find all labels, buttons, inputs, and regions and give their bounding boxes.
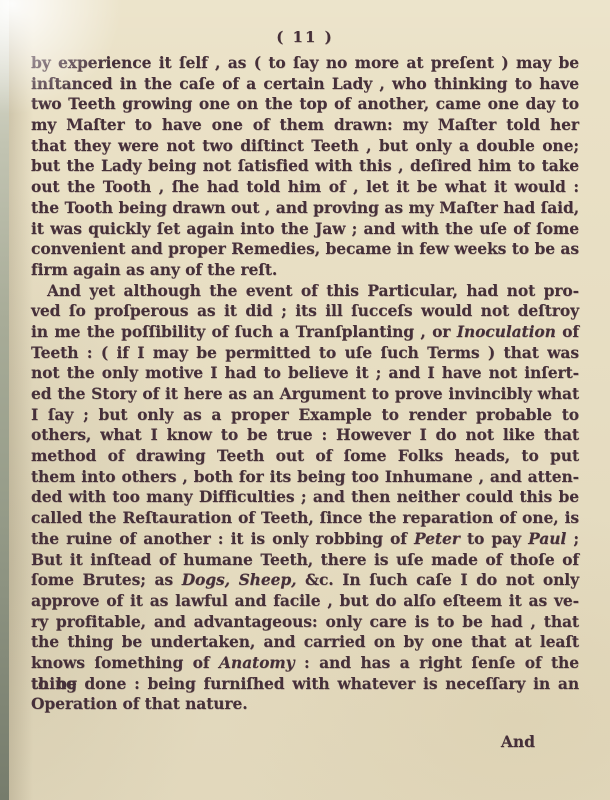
book-page-scan: ( 11 ) by experience it ſelf , as ( to ſ…: [0, 0, 610, 800]
text-line: And yet although the event of this Parti…: [31, 281, 579, 302]
catchword-row: And: [31, 732, 579, 751]
text-line: in me the poſſibility of ſuch a Tranſpla…: [31, 322, 579, 343]
text-line: two Teeth growing one on the top of anot…: [31, 94, 579, 115]
text-segment: approve of it as lawful and facile , but…: [31, 591, 579, 610]
text-line: my Maſter to have one of them drawn: my …: [31, 115, 579, 136]
text-line: method of drawing Teeth out of ſome Folk…: [31, 446, 579, 467]
text-segment: to pay: [460, 529, 528, 548]
text-segment: ;: [566, 529, 579, 548]
text-line: knows ſomething of Anatomy : and has a r…: [31, 653, 579, 674]
text-segment: the thing be undertaken, and carried on …: [31, 632, 579, 651]
text-segment: ry profitable, and advantageous: only ca…: [31, 612, 579, 631]
text-segment: convenient and proper Remedies, became i…: [31, 239, 579, 258]
text-segment: But it inſtead of humane Teeth, there is…: [31, 550, 579, 569]
paragraph: And yet although the event of this Parti…: [31, 281, 579, 715]
text-segment: ved ſo proſperous as it did ; its ill ſu…: [31, 301, 579, 320]
text-line: convenient and proper Remedies, became i…: [31, 239, 579, 260]
italic-text: Dogs, Sheep,: [182, 570, 297, 589]
text-line: inſtanced in the caſe of a certain Lady …: [31, 74, 579, 95]
paragraph: by experience it ſelf , as ( to ſay no m…: [31, 53, 579, 281]
text-line: ded with too many Difficulties ; and the…: [31, 487, 579, 508]
text-segment: my Maſter to have one of them drawn: my …: [31, 115, 579, 134]
text-segment: &c. In ſuch caſe I do not only: [296, 570, 579, 589]
text-segment: it was quickly ſet again into the Jaw ; …: [31, 219, 579, 238]
text-segment: not the only motive I had to believe it …: [31, 363, 579, 382]
text-line: ed the Story of it here as an Argument t…: [31, 384, 579, 405]
text-segment: others, what I know to be true : However…: [31, 425, 579, 444]
text-line: Teeth : ( if I may be permitted to uſe ſ…: [31, 343, 579, 364]
text-line: it was quickly ſet again into the Jaw ; …: [31, 219, 579, 240]
text-line: out the Tooth , ſhe had told him of , le…: [31, 177, 579, 198]
italic-text: Paul: [528, 529, 566, 548]
text-segment: to be done : being furniſhed with whatev…: [31, 674, 579, 693]
text-line: ved ſo proſperous as it did ; its ill ſu…: [31, 301, 579, 322]
page-content: ( 11 ) by experience it ſelf , as ( to ſ…: [31, 28, 579, 751]
text-line: them into others , both for its being to…: [31, 467, 579, 488]
text-line: called the Reſtauration of Teeth, ſince …: [31, 508, 579, 529]
text-segment: by experience it ſelf , as ( to ſay no m…: [31, 53, 579, 72]
page-edge-shadow: [0, 0, 9, 800]
text-segment: ded with too many Difficulties ; and the…: [31, 487, 579, 506]
text-segment: out the Tooth , ſhe had told him of , le…: [31, 177, 579, 196]
text-segment: Operation of that nature.: [31, 694, 248, 713]
text-line: approve of it as lawful and facile , but…: [31, 591, 579, 612]
text-line: but the Lady being not ſatisfied with th…: [31, 156, 579, 177]
text-segment: ed the Story of it here as an Argument t…: [31, 384, 579, 403]
body-text: by experience it ſelf , as ( to ſay no m…: [31, 53, 579, 715]
text-segment: in me the poſſibility of ſuch a Tranſpla…: [31, 322, 457, 341]
text-segment: called the Reſtauration of Teeth, ſince …: [31, 508, 579, 527]
text-segment: two Teeth growing one on the top of anot…: [31, 94, 579, 113]
text-line: Operation of that nature.: [31, 694, 579, 715]
text-segment: Teeth : ( if I may be permitted to uſe ſ…: [31, 343, 579, 362]
text-line: the thing be undertaken, and carried on …: [31, 632, 579, 653]
text-segment: And yet although the event of this Parti…: [47, 281, 579, 300]
text-segment: them into others , both for its being to…: [31, 467, 579, 486]
text-line: the ruine of another : it is only robbin…: [31, 529, 579, 550]
italic-text: Peter: [414, 529, 460, 548]
page-number: ( 11 ): [31, 28, 579, 46]
text-line: ry profitable, and advantageous: only ca…: [31, 612, 579, 633]
text-line: the Tooth being drawn out , and proving …: [31, 198, 579, 219]
text-line: ſome Brutes; as Dogs, Sheep, &c. In ſuch…: [31, 570, 579, 591]
text-segment: inſtanced in the caſe of a certain Lady …: [31, 74, 579, 93]
text-line: others, what I know to be true : However…: [31, 425, 579, 446]
italic-text: Anatomy: [219, 653, 295, 672]
italic-text: Inoculation: [457, 322, 556, 341]
text-line: not the only motive I had to believe it …: [31, 363, 579, 384]
catchword: And: [501, 732, 535, 751]
text-segment: the Tooth being drawn out , and proving …: [31, 198, 579, 217]
text-segment: method of drawing Teeth out of ſome Folk…: [31, 446, 579, 465]
text-segment: knows ſomething of: [31, 653, 219, 672]
text-segment: I ſay ; but only as a proper Example to …: [31, 405, 579, 424]
text-segment: but the Lady being not ſatisfied with th…: [31, 156, 579, 175]
text-segment: of: [556, 322, 579, 341]
text-segment: that they were not two diſtinct Teeth , …: [31, 136, 579, 155]
text-line: that they were not two diſtinct Teeth , …: [31, 136, 579, 157]
text-line: firm again as any of the reſt.: [31, 260, 579, 281]
text-line: But it inſtead of humane Teeth, there is…: [31, 550, 579, 571]
text-line: I ſay ; but only as a proper Example to …: [31, 405, 579, 426]
text-line: to be done : being furniſhed with whatev…: [31, 674, 579, 695]
text-segment: ſome Brutes; as: [31, 570, 182, 589]
text-line: by experience it ſelf , as ( to ſay no m…: [31, 53, 579, 74]
text-segment: the ruine of another : it is only robbin…: [31, 529, 414, 548]
text-segment: firm again as any of the reſt.: [31, 260, 277, 279]
